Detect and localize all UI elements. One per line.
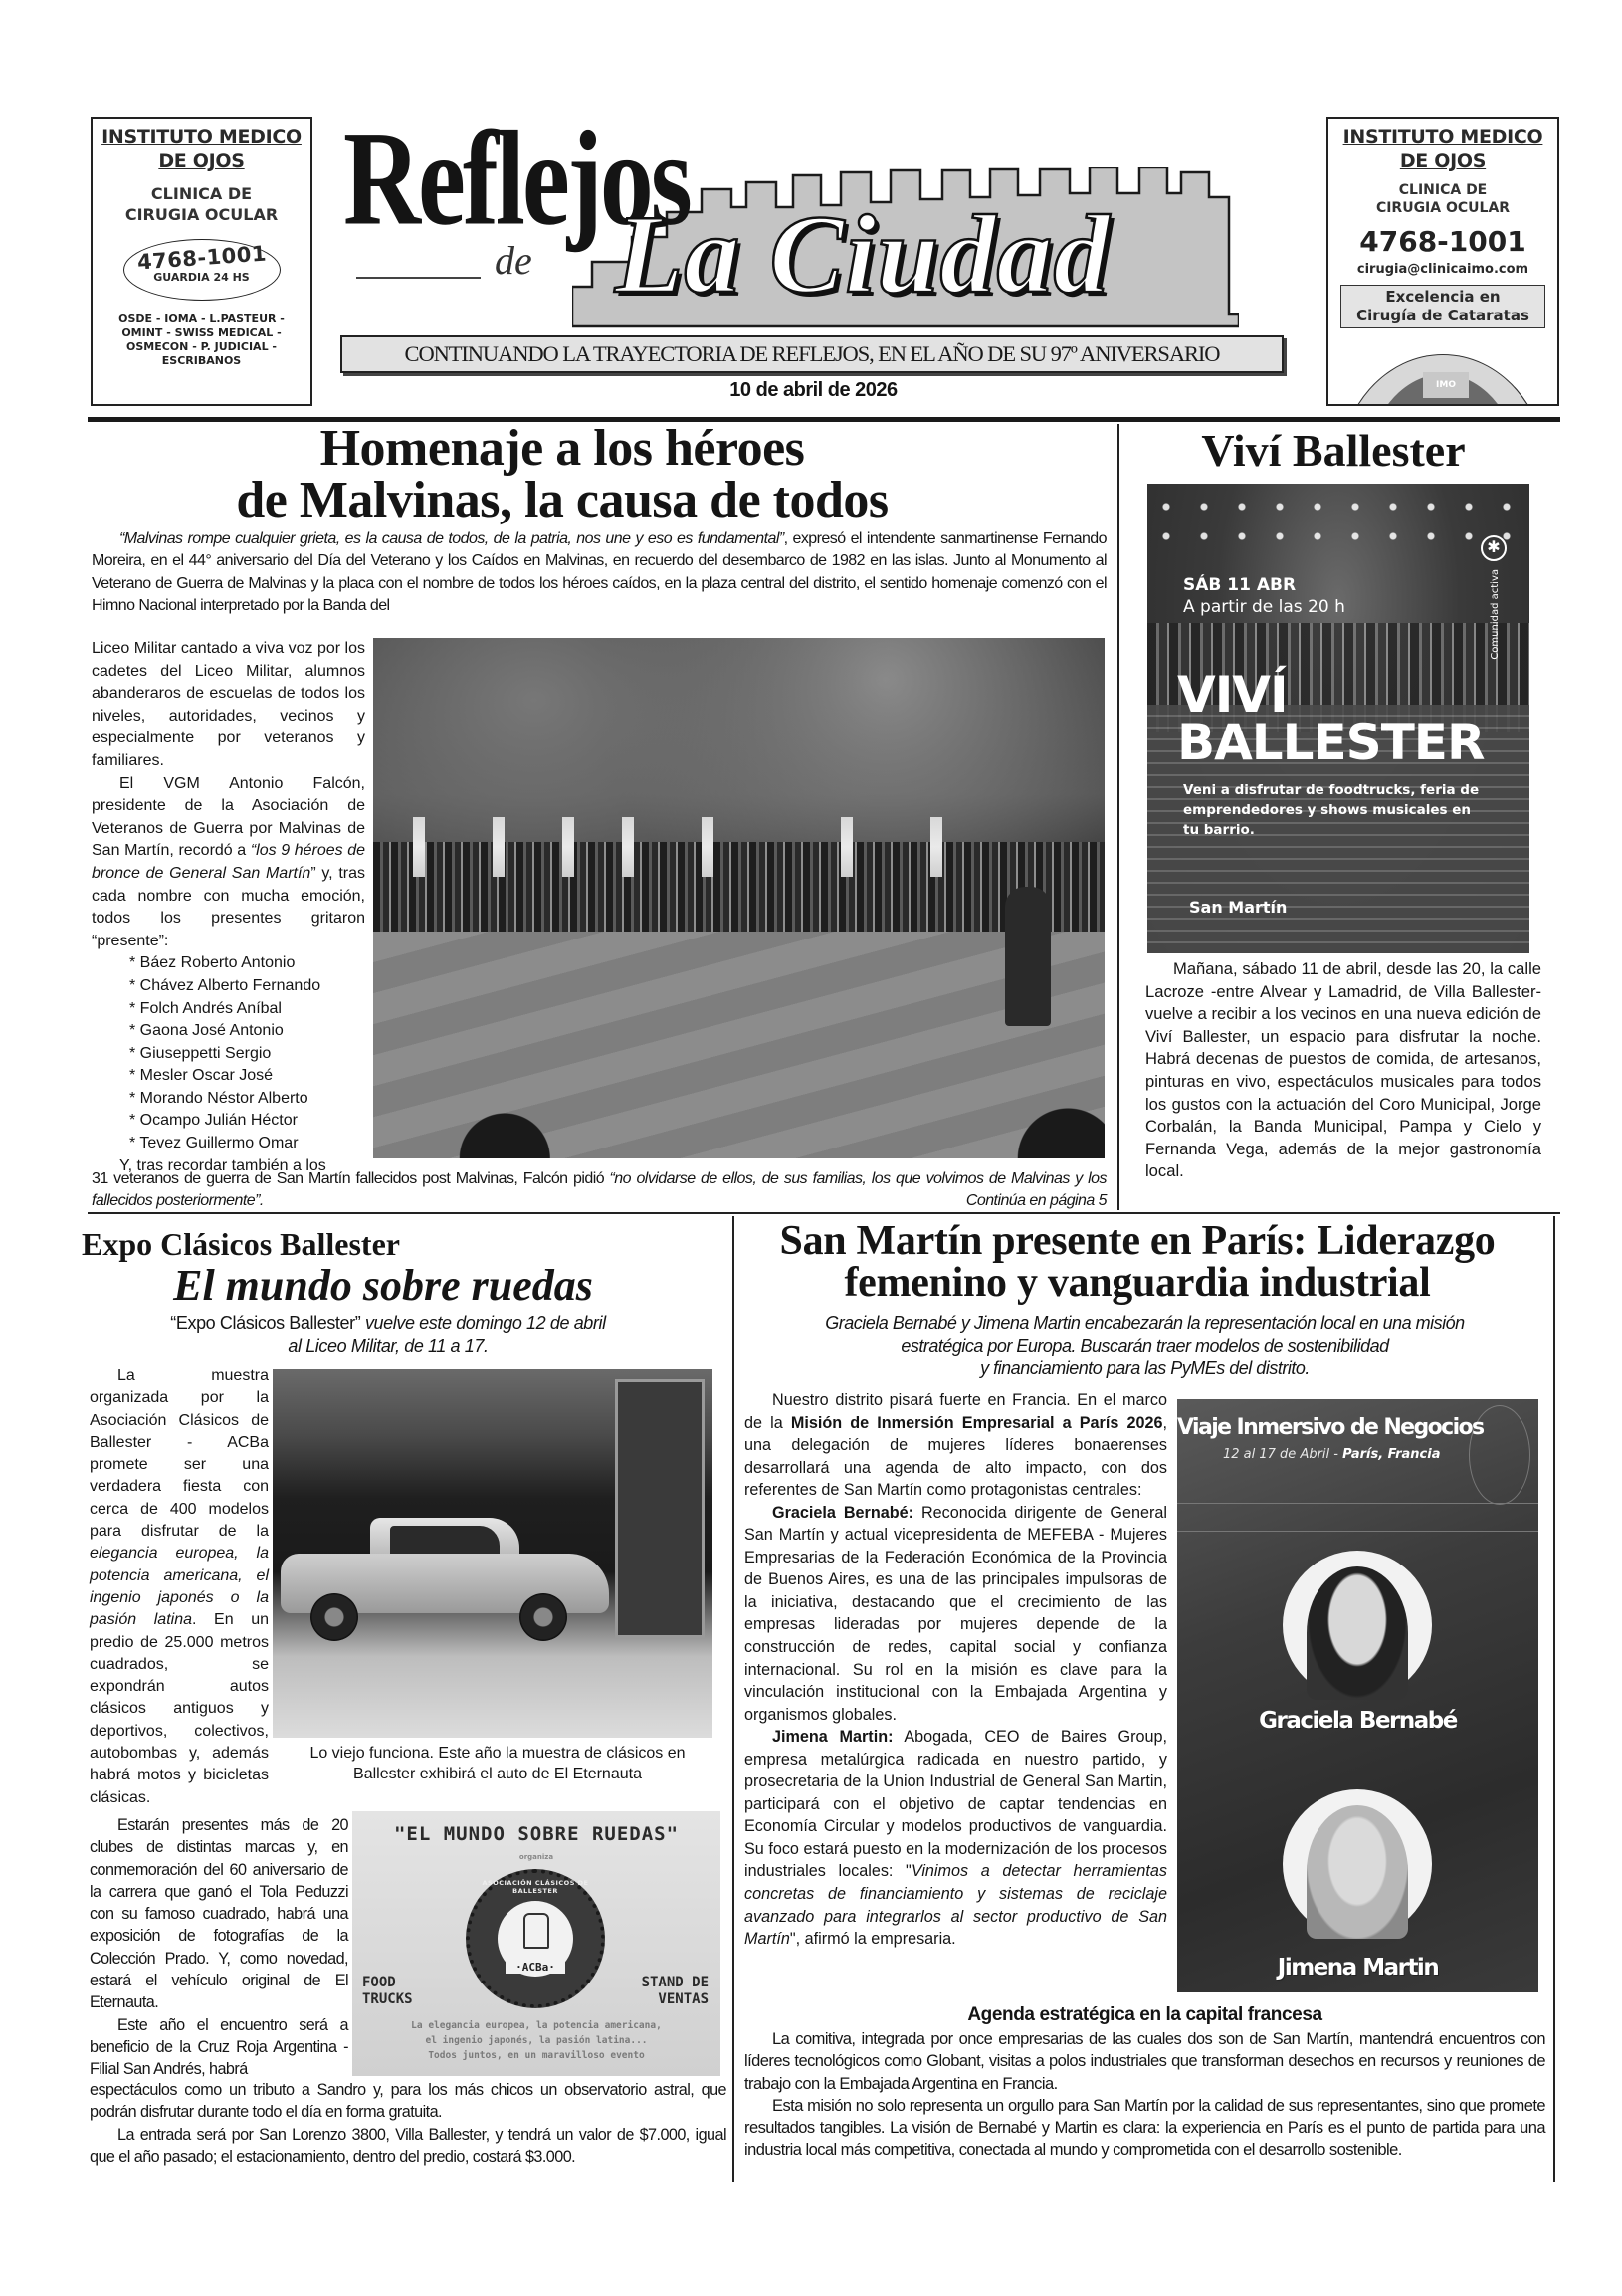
stripe xyxy=(1177,1531,1538,1532)
flag xyxy=(493,817,505,877)
flag xyxy=(622,817,634,877)
ad-cataratas-box: Excelencia en Cirugía de Cataratas xyxy=(1340,285,1545,328)
expo-ending: espectáculos como un tributo a Sandro y,… xyxy=(90,2079,726,2168)
ad-email: cirugia@clinicaimo.com xyxy=(1328,261,1557,279)
car-photo-caption: Lo viejo funciona. Este año la muestra d… xyxy=(279,1743,716,1784)
flag xyxy=(562,817,574,877)
place: París, Francia xyxy=(1342,1447,1440,1462)
headline-line1: San Martín presente en París: Liderazgo xyxy=(739,1220,1535,1262)
headline-line2: de Malvinas, la causa de todos xyxy=(119,475,1005,526)
text: STAND DE xyxy=(642,1975,709,1991)
paragraph: El VGM Antonio Falcón, presidente de la … xyxy=(92,773,365,953)
sub-text: al Liceo Militar, de 11 a 17. xyxy=(288,1336,488,1356)
masthead-rule xyxy=(356,277,481,279)
paragraph: La entrada será por San Lorenzo 3800, Vi… xyxy=(90,2124,726,2169)
paragraph: Estarán presentes más de 20 clubes de di… xyxy=(90,1814,348,2014)
list-item: * Tevez Guillermo Omar xyxy=(129,1133,365,1155)
poster-title-line2: BALLESTER xyxy=(1177,719,1484,766)
vivi-headline: Viví Ballester xyxy=(1119,423,1547,479)
flag xyxy=(841,817,853,877)
paragraph: Liceo Militar cantado a viva voz por los… xyxy=(92,638,365,773)
issue-date: 10 de abril de 2026 xyxy=(328,379,1299,402)
text: FOOD xyxy=(362,1975,413,1991)
badge-ring-text: ASOCIACIÓN CLÁSICOS DE BALLESTER xyxy=(482,1879,589,1895)
sub-text: vuelve este domingo 12 de abril xyxy=(360,1313,605,1333)
ad-name-line1: INSTITUTO MEDICO xyxy=(93,125,310,149)
paris-ending: La comitiva, integrada por once empresar… xyxy=(744,2028,1545,2162)
acba-badge-icon: ASOCIACIÓN CLÁSICOS DE BALLESTER ·ACBa· xyxy=(466,1869,605,2008)
malvinas-ending: 31 veteranos de guerra de San Martín fal… xyxy=(92,1168,1107,1213)
portrait-bernabe xyxy=(1283,1551,1432,1700)
paragraph: Nuestro distrito pisará fuerte en Franci… xyxy=(744,1389,1167,1502)
paragraph: Graciela Bernabé: Reconocida dirigente d… xyxy=(744,1502,1167,1726)
text: el ingenio japonés, la pasión latina... xyxy=(356,2033,716,2048)
continue-link[interactable]: Continúa en página 5 xyxy=(966,1190,1107,1212)
ad-phone: 4768-1001 xyxy=(1328,225,1557,259)
paris-subhead: Agenda estratégica en la capital frances… xyxy=(744,2004,1545,2026)
ad-name-line2: DE OJOS xyxy=(1328,149,1557,173)
malvinas-headline: Homenaje a los héroes de Malvinas, la ca… xyxy=(119,423,1005,526)
list-item: * Giuseppetti Sergio xyxy=(129,1043,365,1066)
car-wheel xyxy=(519,1593,567,1641)
ad-insurers: OSDE - IOMA - L.PASTEUR - OMINT - SWISS … xyxy=(93,313,310,368)
comunidad-star-icon: ✱ xyxy=(1481,535,1507,561)
ad-name-line2: DE OJOS xyxy=(93,149,310,173)
list-item: * Mesler Oscar José xyxy=(129,1065,365,1088)
phone-oval: 4768-1001 GUARDIA 24 HS xyxy=(123,239,281,301)
text: Todos juntos, en un maravilloso evento xyxy=(356,2048,716,2063)
photo-door xyxy=(615,1379,705,1638)
eternauta-car-photo xyxy=(273,1369,712,1738)
paragraph: Este año el encuentro será a beneficio d… xyxy=(90,2014,348,2081)
portrait-face xyxy=(1307,1805,1408,1939)
headline-line2: femenino y vanguardia industrial xyxy=(739,1262,1535,1304)
photo-car xyxy=(281,1514,609,1633)
sub-quote: “Expo Clásicos Ballester” xyxy=(170,1313,360,1333)
column-divider xyxy=(732,1216,734,2182)
expo-paragraph-1: La muestra organizada por la Asociación … xyxy=(90,1365,269,1809)
poster-stand-ventas: STAND DE VENTAS xyxy=(642,1975,709,2008)
poster-title: "EL MUNDO SOBRE RUEDAS" xyxy=(352,1823,720,1845)
ad-instituto-medico-ojos-right: INSTITUTO MEDICO DE OJOS CLINICA DE CIRU… xyxy=(1326,117,1559,406)
expo-subheadline: “Expo Clásicos Ballester” vuelve este do… xyxy=(90,1312,687,1357)
expo-column-2: Estarán presentes más de 20 clubes de di… xyxy=(90,1814,348,2081)
ad-sub-line1: CLINICA DE xyxy=(93,183,310,204)
vivi-ballester-poster: ✱ Comunidad activa SÁB 11 ABR A partir d… xyxy=(1147,484,1529,953)
text: 31 veteranos de guerra de San Martín fal… xyxy=(92,1170,610,1187)
poster-time: A partir de las 20 h xyxy=(1183,597,1345,617)
flag xyxy=(413,817,425,877)
ad-sub-line2: CIRUGIA OCULAR xyxy=(1328,199,1557,217)
masthead-tagline: CONTINUANDO LA TRAYECTORIA DE REFLEJOS, … xyxy=(340,335,1284,373)
column-divider xyxy=(1553,1216,1555,2182)
badge-acba: ·ACBa· xyxy=(506,1961,565,1974)
poster-food-trucks: FOOD TRUCKS xyxy=(362,1975,413,2008)
list-item: * Báez Roberto Antonio xyxy=(129,952,365,975)
paragraph: Jimena Martin: Abogada, CEO de Baires Gr… xyxy=(744,1726,1167,1950)
photo-speaker xyxy=(1005,887,1051,1026)
masthead-la-ciudad: La Ciudad xyxy=(615,195,1111,314)
list-item: * Morando Néstor Alberto xyxy=(129,1088,365,1111)
text: Graciela Bernabé y Jimena Martin encabez… xyxy=(744,1312,1545,1335)
portrait-face xyxy=(1307,1566,1408,1700)
paragraph: espectáculos como un tributo a Sandro y,… xyxy=(90,2079,726,2124)
graphic-dates: 12 al 17 de Abril - París, Francia xyxy=(1223,1447,1441,1462)
car-wheel xyxy=(310,1593,358,1641)
flag xyxy=(702,817,713,877)
paris-headline: San Martín presente en París: Liderazgo … xyxy=(739,1220,1535,1304)
heroes-list: * Báez Roberto Antonio * Chávez Alberto … xyxy=(92,952,365,1154)
text: 12 al 17 de Abril - xyxy=(1223,1447,1342,1462)
expo-headline: El mundo sobre ruedas xyxy=(149,1262,617,1310)
bold-text: Misión de Inmersión Empresarial a París … xyxy=(791,1414,1163,1432)
ad-instituto-medico-ojos-left: INSTITUTO MEDICO DE OJOS CLINICA DE CIRU… xyxy=(91,117,312,406)
malvinas-ceremony-photo xyxy=(373,638,1105,1158)
intro-quote: “Malvinas rompe cualquier grieta, es la … xyxy=(119,530,784,547)
ad-name-line1: INSTITUTO MEDICO xyxy=(1328,125,1557,149)
graphic-person2: Jimena Martin xyxy=(1177,1955,1538,1981)
ad-box-line1: Excelencia en xyxy=(1341,288,1544,307)
text: La elegancia europea, la potencia americ… xyxy=(356,2018,716,2033)
bold-text: Jimena Martin: xyxy=(772,1728,893,1746)
string-lights xyxy=(1147,492,1529,551)
mundo-sobre-ruedas-poster: "EL MUNDO SOBRE RUEDAS" organiza ASOCIAC… xyxy=(352,1811,720,2076)
list-item: * Gaona José Antonio xyxy=(129,1020,365,1043)
ad-box-line2: Cirugía de Cataratas xyxy=(1341,307,1544,325)
vivi-body: Mañana, sábado 11 de abril, desde las 20… xyxy=(1145,958,1541,1183)
bold-text: Graciela Bernabé: xyxy=(772,1504,913,1522)
paris-subheadline: Graciela Bernabé y Jimena Martin encabez… xyxy=(744,1312,1545,1380)
poster-date: SÁB 11 ABR xyxy=(1183,575,1296,595)
imo-logo-icon: IMO xyxy=(1423,372,1469,398)
poster-side-label: Comunidad activa xyxy=(1490,569,1514,660)
list-item: * Ocampo Julián Héctor xyxy=(129,1110,365,1133)
paragraph: Esta misión no solo representa un orgull… xyxy=(744,2095,1545,2162)
car-window xyxy=(390,1526,500,1554)
paris-column: Nuestro distrito pisará fuerte en Franci… xyxy=(744,1389,1167,1951)
malvinas-column: Liceo Militar cantado a viva voz por los… xyxy=(92,638,365,1177)
poster-slogan: La elegancia europea, la potencia americ… xyxy=(356,2018,716,2063)
vintage-car-icon xyxy=(523,1913,549,1949)
list-item: * Chávez Alberto Fernando xyxy=(129,975,365,998)
paragraph: La comitiva, integrada por once empresar… xyxy=(744,2028,1545,2095)
photo-foreground xyxy=(373,1079,1105,1158)
poster-description: Veni a disfrutar de foodtrucks, feria de… xyxy=(1183,780,1482,840)
graphic-title: Viaje Inmersivo de Negocios xyxy=(1177,1415,1538,1440)
text: y financiamiento para las PyMEs del dist… xyxy=(744,1357,1545,1380)
text: . En un predio de 25.000 metros cuadrado… xyxy=(90,1611,269,1805)
text: VENTAS xyxy=(642,1991,709,2008)
masthead-bottom-rule xyxy=(88,417,1560,422)
text: La muestra organizada por la Asociación … xyxy=(90,1367,269,1540)
poster-organiza: organiza xyxy=(352,1853,720,1861)
text: TRUCKS xyxy=(362,1991,413,2008)
expo-kicker: Expo Clásicos Ballester xyxy=(82,1226,400,1262)
flag xyxy=(930,817,942,877)
malvinas-intro: “Malvinas rompe cualquier grieta, es la … xyxy=(92,528,1107,618)
viaje-inmersivo-graphic: Viaje Inmersivo de Negocios 12 al 17 de … xyxy=(1177,1399,1538,1992)
graphic-person1: Graciela Bernabé xyxy=(1177,1708,1538,1734)
text: Reconocida dirigente de General San Mart… xyxy=(744,1504,1167,1724)
poster-title-line1: VIVÍ xyxy=(1177,671,1484,719)
photo-crowd xyxy=(373,842,1105,932)
ad-sub-line2: CIRUGIA OCULAR xyxy=(93,204,310,225)
portrait-martin xyxy=(1283,1789,1432,1939)
column-divider xyxy=(1117,424,1119,1210)
poster-title: VIVÍ BALLESTER xyxy=(1177,671,1484,766)
stripe xyxy=(1177,1503,1538,1504)
list-item: * Folch Andrés Aníbal xyxy=(129,998,365,1021)
poster-brand: San Martín xyxy=(1189,898,1287,917)
text: Abogada, CEO de Baires Group, empresa me… xyxy=(744,1728,1167,1880)
text: ", afirmó la empresaria. xyxy=(790,1930,956,1948)
text: estratégica por Europa. Buscarán traer m… xyxy=(744,1335,1545,1357)
ad-sub-line1: CLINICA DE xyxy=(1328,181,1557,199)
headline-line1: Homenaje a los héroes xyxy=(119,423,1005,475)
masthead-de: de xyxy=(495,237,532,284)
